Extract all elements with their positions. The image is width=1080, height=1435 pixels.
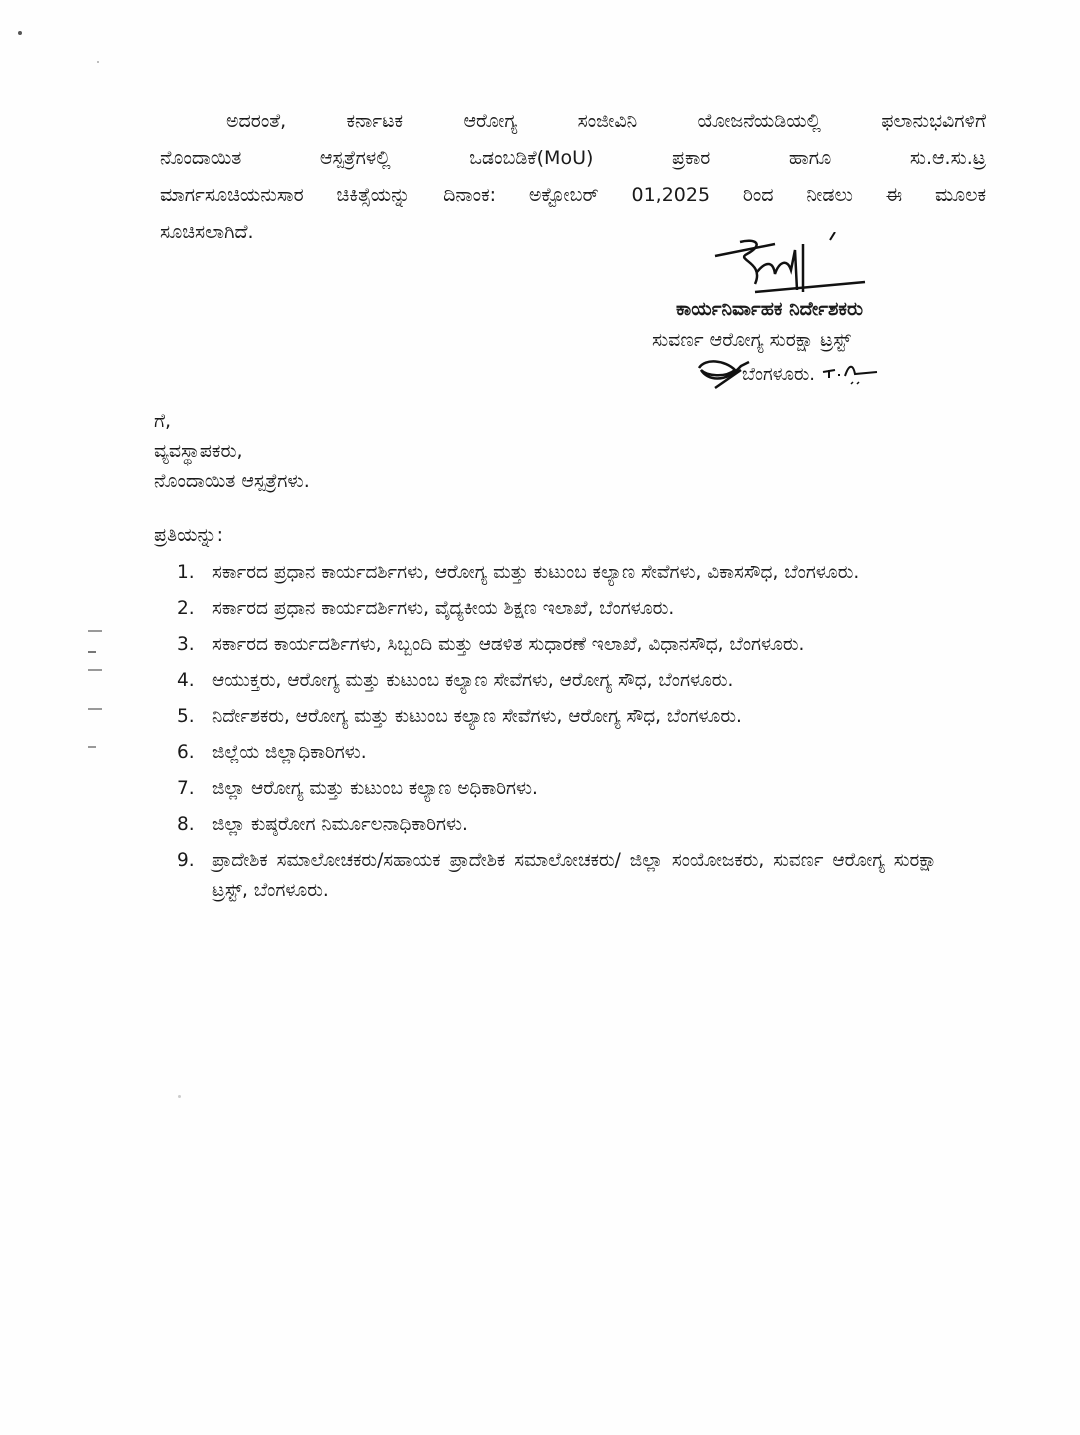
scan-speck [178, 1095, 181, 1098]
signatory-designation: ಕಾರ್ಯನಿರ್ವಾಹಕ ನಿರ್ದೇಶಕರು [676, 298, 863, 320]
copy-to-label: ಪ್ರತಿಯನ್ನು: [154, 524, 223, 546]
handwritten-signature [695, 232, 895, 302]
signature-block: ಕಾರ್ಯನಿರ್ವಾಹಕ ನಿರ್ದೇಶಕರು ಸುವರ್ಣ ಆರೋಗ್ಯ ಸ… [640, 232, 960, 402]
margin-mark [88, 669, 102, 671]
addressee-recipient: ವ್ಯವಸ್ಥಾಪಕರು, [154, 436, 310, 466]
handwritten-date-initials [821, 360, 881, 386]
list-item: 1.ಸರ್ಕಾರದ ಪ್ರಧಾನ ಕಾರ್ಯದರ್ಶಿಗಳು, ಆರೋಗ್ಯ ಮ… [177, 558, 937, 588]
margin-mark [88, 708, 102, 710]
addressee-to: ಗೆ, [154, 406, 310, 436]
signatory-city: ಬೆಂಗಳೂರು. [742, 360, 881, 386]
list-item: 7.ಜಿಲ್ಲಾ ಆರೋಗ್ಯ ಮತ್ತು ಕುಟುಂಬ ಕಲ್ಯಾಣ ಅಧಿಕ… [177, 774, 937, 804]
list-item: 4.ಆಯುಕ್ತರು, ಆರೋಗ್ಯ ಮತ್ತು ಕುಟುಂಬ ಕಲ್ಯಾಣ ಸ… [177, 666, 937, 696]
list-item: 9.ಪ್ರಾದೇಶಿಕ ಸಮಾಲೋಚಕರು/ಸಹಾಯಕ ಪ್ರಾದೇಶಿಕ ಸಮ… [177, 846, 937, 906]
addressee-block: ಗೆ, ವ್ಯವಸ್ಥಾಪಕರು, ನೊಂದಾಯಿತ ಆಸ್ಪತ್ರೆಗಳು. [154, 406, 310, 496]
margin-mark [88, 651, 96, 653]
margin-mark [88, 630, 102, 632]
scan-speck [18, 31, 22, 35]
scan-speck [97, 61, 99, 63]
body-paragraph: ಅದರಂತೆ, ಕರ್ನಾಟಕ ಆರೋಗ್ಯ ಸಂಜೀವಿನಿ ಯೋಜನೆಯಡಿ… [160, 103, 986, 251]
list-item: 2.ಸರ್ಕಾರದ ಪ್ರಧಾನ ಕಾರ್ಯದರ್ಶಿಗಳು, ವೈದ್ಯಕೀಯ… [177, 594, 937, 624]
signatory-organization: ಸುವರ್ಣ ಆರೋಗ್ಯ ಸುರಕ್ಷಾ ಟ್ರಸ್ಟ್ [652, 329, 851, 351]
body-line: ಅದರಂತೆ, ಕರ್ನಾಟಕ ಆರೋಗ್ಯ ಸಂಜೀವಿನಿ ಯೋಜನೆಯಡಿ… [160, 103, 986, 140]
document-page: ಅದರಂತೆ, ಕರ್ನಾಟಕ ಆರೋಗ್ಯ ಸಂಜೀವಿನಿ ಯೋಜನೆಯಡಿ… [0, 0, 1080, 1435]
margin-mark [88, 746, 96, 748]
body-line: ಮಾರ್ಗಸೂಚಿಯನುಸಾರ ಚಿಕಿತ್ಸೆಯನ್ನು ದಿನಾಂಕ: ಅಕ… [160, 177, 986, 214]
list-item: 5.ನಿರ್ದೇಶಕರು, ಆರೋಗ್ಯ ಮತ್ತು ಕುಟುಂಬ ಕಲ್ಯಾಣ… [177, 702, 937, 732]
copy-to-list: 1.ಸರ್ಕಾರದ ಪ್ರಧಾನ ಕಾರ್ಯದರ್ಶಿಗಳು, ಆರೋಗ್ಯ ಮ… [177, 558, 937, 912]
list-item: 3.ಸರ್ಕಾರದ ಕಾರ್ಯದರ್ಶಿಗಳು, ಸಿಬ್ಬಂದಿ ಮತ್ತು … [177, 630, 937, 660]
list-item: 6.ಜಿಲ್ಲೆಯ ಜಿಲ್ಲಾಧಿಕಾರಿಗಳು. [177, 738, 937, 768]
list-item: 8.ಜಿಲ್ಲಾ ಕುಷ್ಠರೋಗ ನಿರ್ಮೂಲನಾಧಿಕಾರಿಗಳು. [177, 810, 937, 840]
body-line: ನೊಂದಾಯಿತ ಆಸ್ಪತ್ರೆಗಳಲ್ಲಿ ಒಡಂಬಡಿಕೆ(MoU) ಪ್… [160, 140, 986, 177]
addressee-institution: ನೊಂದಾಯಿತ ಆಸ್ಪತ್ರೆಗಳು. [154, 466, 310, 496]
